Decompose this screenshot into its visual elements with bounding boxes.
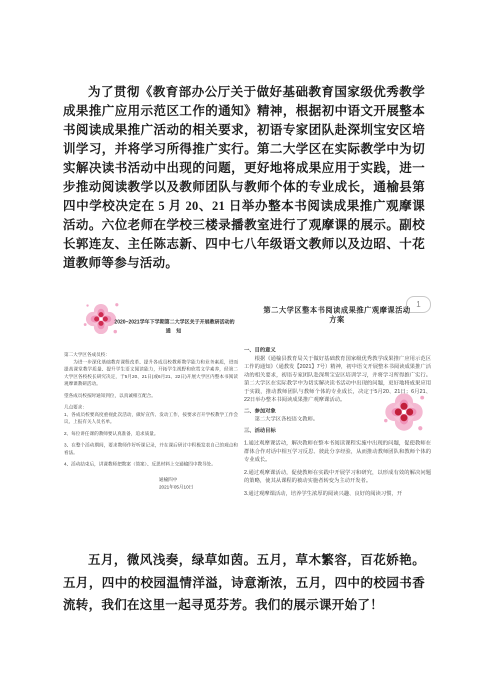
left-doc-item: 3、在整个活动期间，要求教师作好听课记录，并在课后研讨中积极发表自己的观点和看法… [64, 442, 238, 457]
flower-icon [381, 389, 427, 435]
left-doc-paragraph: 望各成员校按时通知到位，以真诚相互配合。 [64, 392, 238, 399]
left-doc-signer: 通榆四中 [159, 476, 238, 484]
left-doc-title-line2: 通 知 [111, 328, 238, 335]
right-doc-goal: 1.通过观摩课活动，解决教师在整本书阅读课程实施中出现的问题，促使教师在群体合作… [244, 439, 431, 464]
right-doc-title: 第二大学区整本书阅读成果推广观摩课活动 方案 [243, 306, 431, 338]
main-paragraph-2: 五月，微风浅奏，绿草如茵。五月，草木繁容，百花娇艳。五月，四中的校园温情洋溢，诗… [63, 549, 425, 617]
right-doc-goal: 2.通过观摩课活动，促使教师在实践中开展学习和研究，以形成有效的解决问题的策略，… [244, 468, 431, 485]
right-doc-title-line1: 第二大学区整本书阅读成果推广观摩课活动 [243, 306, 431, 316]
left-document-notice: 2020~2021学年下学期第二大学区关于开展教研活动的 通 知 第二大学区各成… [63, 309, 238, 509]
left-doc-requirements-heading: 几点要求： [64, 404, 238, 411]
page: 为了贯彻《教育部办公厅关于做好基础教育国家级优秀教学成果推广应用示范区工作的通知… [0, 0, 481, 680]
left-doc-title-line1: 2020~2021学年下学期第二大学区关于开展教研活动的 [111, 319, 238, 326]
right-doc-heading: 一、目的意义 [244, 346, 431, 354]
left-doc-salutation: 第二大学区各成员校： [64, 351, 238, 358]
right-doc-goal: 3.通过观摩课活动，培养学生浓厚的阅读兴趣、良好的阅读习惯，开 [244, 489, 431, 497]
left-doc-title: 2020~2021学年下学期第二大学区关于开展教研活动的 通 知 [111, 319, 238, 349]
left-doc-item: 1、各成员校要高度重视此次活动，做好宣传、发动工作，按要求召开学校教学工作会议、… [64, 411, 238, 426]
right-doc-title-line2: 方案 [243, 316, 431, 326]
left-doc-paragraph: 为进一步深化基础教育课程改革、提升各成员校教师教学能力和业务素质，进而提高课堂教… [64, 358, 238, 387]
right-document-plan: 1 第二大学区整本书阅读成果推广观摩课活动 方案 一、目的意义 根据《通榆县教育… [243, 302, 431, 520]
left-doc-date: 2021年05月10日 [159, 483, 238, 491]
left-doc-item: 2、每位讲任课的教师要认真准备，追求质量。 [64, 430, 238, 437]
left-doc-item: 4、活动结束后，讲课教师把教案（简案）、反思材料上交通榆四中教导处。 [64, 461, 238, 468]
main-paragraph-1: 为了贯彻《教育部办公厅关于做好基础教育国家级优秀教学成果推广应用示范区工作的通知… [63, 0, 425, 273]
figures-row: 2020~2021学年下学期第二大学区关于开展教研活动的 通 知 第二大学区各成… [63, 302, 433, 520]
left-doc-body: 第二大学区各成员校： 为进一步深化基础教育课程改革、提升各成员校教师教学能力和业… [64, 351, 238, 509]
